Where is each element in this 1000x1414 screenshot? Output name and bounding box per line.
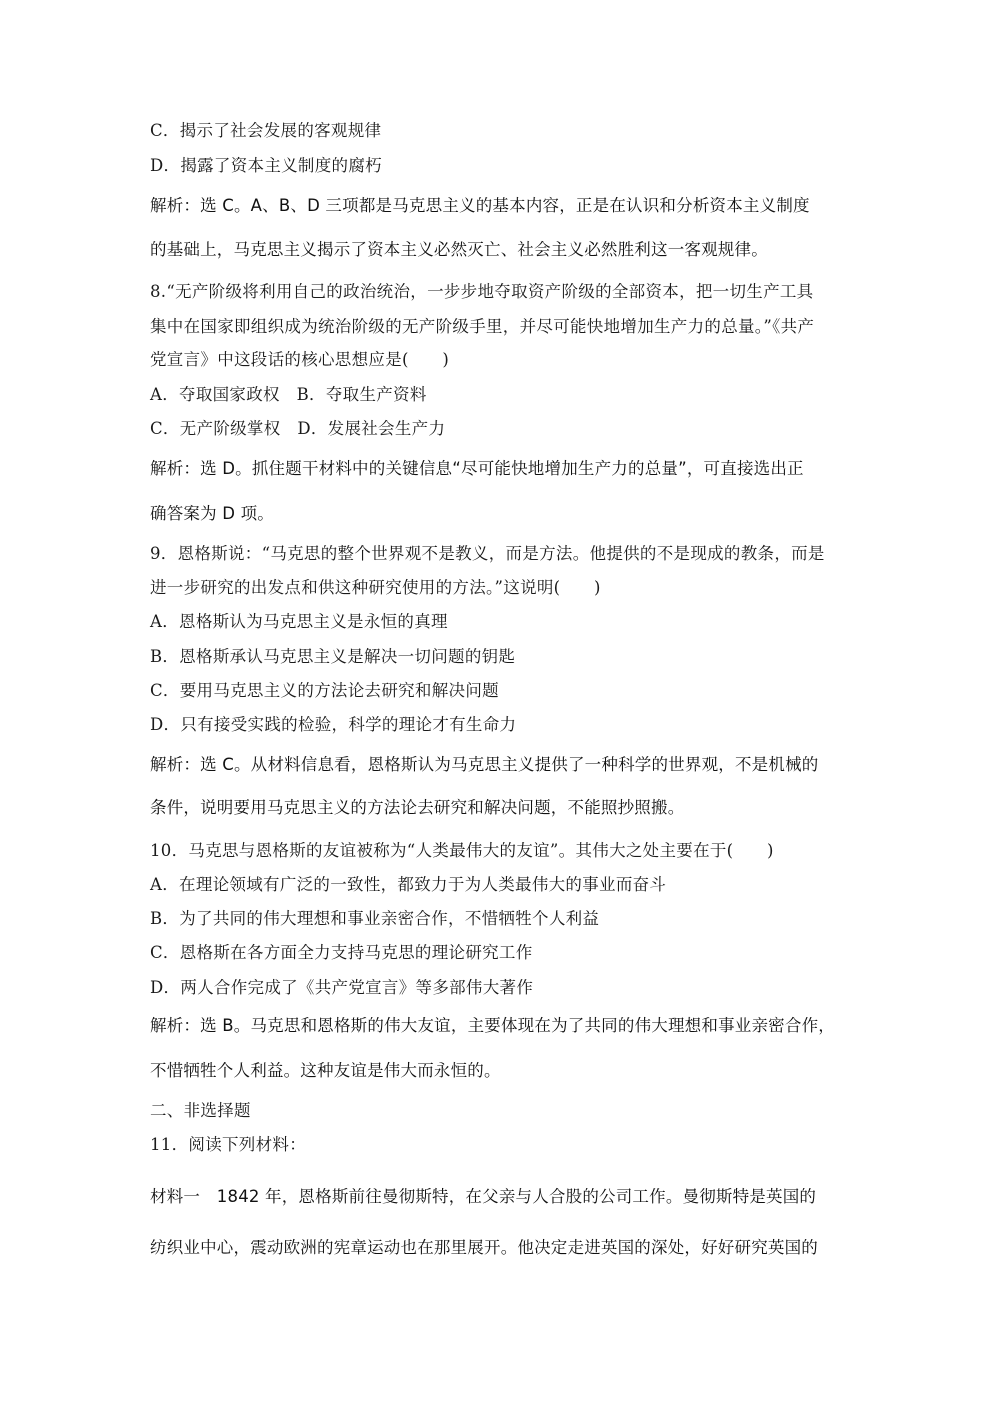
q8-options-cd: C．无产阶级掌权 D．发展社会生产力 xyxy=(150,418,860,440)
q11-material-1-line-2: 纺织业中心，震动欧洲的宪章运动也在那里展开。他决定走进英国的深处，好好研究英国的 xyxy=(150,1237,860,1259)
q9-analysis-line-1: 解析：选 C。从材料信息看，恩格斯认为马克思主义提供了一种科学的世界观，不是机械… xyxy=(150,754,860,776)
q7-analysis-line-1: 解析：选 C。A、B、D 三项都是马克思主义的基本内容，正是在认识和分析资本主义… xyxy=(150,195,860,217)
q9-analysis-line-2: 条件，说明要用马克思主义的方法论去研究和解决问题，不能照抄照搬。 xyxy=(150,797,860,819)
q11-material-1-line-1: 材料一 1842 年，恩格斯前往曼彻斯特，在父亲与人合股的公司工作。曼彻斯特是英… xyxy=(150,1186,860,1208)
q8-analysis-line-1: 解析：选 D。抓住题干材料中的关键信息“尽可能快地增加生产力的总量”，可直接选出… xyxy=(150,458,860,480)
q8-stem-line-1: 8.“无产阶级将利用自己的政治统治，一步步地夺取资产阶级的全部资本，把一切生产工… xyxy=(150,281,860,303)
q9-option-c: C．要用马克思主义的方法论去研究和解决问题 xyxy=(150,680,860,702)
q9-option-d: D．只有接受实践的检验，科学的理论才有生命力 xyxy=(150,714,860,736)
q9-stem-line-2: 进一步研究的出发点和供这种研究使用的方法。”这说明( ) xyxy=(150,577,860,599)
q9-stem-line-1: 9．恩格斯说：“马克思的整个世界观不是教义，而是方法。他提供的不是现成的教条，而… xyxy=(150,543,860,565)
q10-option-a: A．在理论领域有广泛的一致性，都致力于为人类最伟大的事业而奋斗 xyxy=(150,874,860,896)
q11-stem: 11．阅读下列材料： xyxy=(150,1134,860,1156)
q9-option-b: B．恩格斯承认马克思主义是解决一切问题的钥匙 xyxy=(150,646,860,668)
q7-option-c: C．揭示了社会发展的客观规律 xyxy=(150,120,860,142)
q8-stem-line-3: 党宣言》中这段话的核心思想应是( ) xyxy=(150,349,860,371)
section-heading-non-choice: 二、非选择题 xyxy=(150,1100,860,1122)
q8-stem-line-2: 集中在国家即组织成为统治阶级的无产阶级手里，并尽可能快地增加生产力的总量。”《共… xyxy=(150,316,860,338)
q7-option-d: D．揭露了资本主义制度的腐朽 xyxy=(150,155,860,177)
q10-option-c: C．恩格斯在各方面全力支持马克思的理论研究工作 xyxy=(150,942,860,964)
q7-analysis-line-2: 的基础上，马克思主义揭示了资本主义必然灭亡、社会主义必然胜利这一客观规律。 xyxy=(150,239,860,261)
q10-stem: 10．马克思与恩格斯的友谊被称为“人类最伟大的友谊”。其伟大之处主要在于( ) xyxy=(150,840,860,862)
q10-option-d: D．两人合作完成了《共产党宣言》等多部伟大著作 xyxy=(150,977,860,999)
q10-analysis-line-2: 不惜牺牲个人利益。这种友谊是伟大而永恒的。 xyxy=(150,1060,860,1082)
q10-option-b: B．为了共同的伟大理想和事业亲密合作，不惜牺牲个人利益 xyxy=(150,908,860,930)
q8-options-ab: A．夺取国家政权 B．夺取生产资料 xyxy=(150,384,860,406)
q9-option-a: A．恩格斯认为马克思主义是永恒的真理 xyxy=(150,611,860,633)
q8-analysis-line-2: 确答案为 D 项。 xyxy=(150,503,860,525)
q10-analysis-line-1: 解析：选 B。马克思和恩格斯的伟大友谊，主要体现在为了共同的伟大理想和事业亲密合… xyxy=(150,1015,860,1037)
